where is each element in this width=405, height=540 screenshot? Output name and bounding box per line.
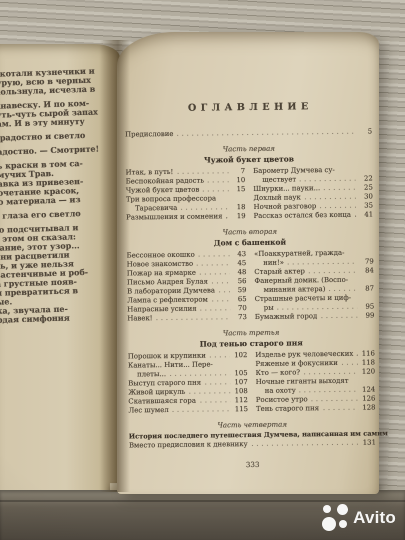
chapter-page-number: 84 <box>361 266 374 275</box>
toc-line: Лес шумел115 <box>128 405 248 415</box>
toc-line: Рассказ остался без конца41 <box>254 210 374 220</box>
chapter-page-number: 10 <box>232 176 245 185</box>
chapter-title: ры <box>255 304 274 313</box>
chapter-page-number: 87 <box>361 284 374 293</box>
chapter-title: на охоту <box>256 386 296 395</box>
chapter-title: Шнурки... пауки... <box>253 184 320 194</box>
toc-line: Ряженые и фокусники118 <box>255 358 375 368</box>
folio-page-number: 333 <box>129 458 376 470</box>
chapter-title: Скатившаяся гора <box>128 397 196 407</box>
toc-column-right: Изделье рук человеческих116Ряженые и фок… <box>255 349 375 413</box>
left-page-text: рекотали кузнечики иБурую, всю в черныхс… <box>0 66 115 325</box>
toc-line: Напрасные усилия70 <box>127 304 247 314</box>
toc-line: Выступ старого пня107 <box>128 378 248 388</box>
dot-leader <box>310 397 359 405</box>
chapter-title: Лес шумел <box>128 406 168 415</box>
toc-title: ОГЛАВЛЕНИЕ <box>125 101 372 115</box>
chapter-title: Ночные гиганты выходят <box>256 377 349 387</box>
chapter-page-number: 30 <box>360 192 373 201</box>
dot-leader <box>198 270 229 277</box>
chapter-title: Размышления и сомнения <box>126 212 222 222</box>
chapter-page-number: 56 <box>233 277 246 286</box>
part-section: Часть третьяПод тенью старого пняПорошок… <box>128 327 376 415</box>
avito-watermark-text: Avito <box>353 508 396 528</box>
part-columns: Итак, в путь!7Беспокойная радость10Чужой… <box>126 166 374 223</box>
table-of-contents: ОГЛАВЛЕНИЕ Предисловие 5 Часть перваяЧуж… <box>125 101 376 471</box>
chapter-page-number: 115 <box>235 405 248 414</box>
part-title: Дом с башенкой <box>126 236 373 248</box>
dot-leader <box>250 441 359 449</box>
part-columns: Бессонное окошко43Новое знакомство45Пожа… <box>127 248 375 323</box>
part-columns: Порошок и крупинки102Канаты... Нити... П… <box>128 349 376 415</box>
chapter-page-number: 99 <box>361 311 374 320</box>
chapter-page-number: 112 <box>235 396 248 405</box>
part-label: Часть первая <box>125 144 372 155</box>
chapter-title: Выступ старого пня <box>128 379 201 389</box>
preface-label: Предисловие <box>125 130 173 140</box>
toc-line: нин!»79 <box>254 257 374 267</box>
toc-line: на охоту124 <box>256 385 376 395</box>
chapter-page-number: 124 <box>362 385 375 394</box>
chapter-page-number: 45 <box>233 259 246 268</box>
chapter-title: Тень старого пня <box>256 404 319 414</box>
chapter-title: Вместо предисловия к дневнику <box>129 440 248 450</box>
chapter-page-number: 65 <box>234 295 247 304</box>
chapter-title: нин!» <box>254 259 284 268</box>
chapter-page-number: 73 <box>234 313 247 322</box>
chapter-title: плеты... <box>128 370 166 379</box>
chapter-page-number: 43 <box>233 250 246 259</box>
left-page: рекотали кузнечики иБурую, всю в черныхс… <box>0 44 120 490</box>
chapter-title: Канаты... Нити... Пере- <box>128 360 213 370</box>
preface-line: Предисловие 5 <box>125 128 372 140</box>
dot-leader <box>198 398 231 405</box>
dot-leader <box>217 288 230 295</box>
chapter-page-number: 70 <box>234 304 247 313</box>
toc-line: Скатившаяся гора112 <box>128 396 248 406</box>
chapter-page-number: 118 <box>362 358 375 367</box>
dot-leader <box>210 279 230 286</box>
chapter-title: Навек! <box>127 314 152 323</box>
dot-leader <box>199 306 230 313</box>
toc-line: Размышления и сомнения19 <box>126 212 246 222</box>
toc-parts: Часть перваяЧужой букет цветовИтак, в пу… <box>125 144 376 451</box>
chapter-title: Бумажный город <box>255 312 317 322</box>
chapter-page-number: 107 <box>234 378 247 387</box>
dot-leader <box>319 314 357 321</box>
dot-leader <box>355 352 358 359</box>
dot-leader <box>206 178 228 185</box>
toc-line: Бумажный город99 <box>255 311 375 321</box>
dot-leader <box>187 389 230 397</box>
chapter-page-number: 126 <box>362 394 375 403</box>
dot-leader <box>298 177 356 185</box>
dot-leader <box>175 130 355 139</box>
dot-leader <box>286 260 357 268</box>
chapter-page-number: 7 <box>232 167 245 176</box>
dot-leader <box>155 315 230 323</box>
dot-leader <box>210 297 230 304</box>
toc-line: Вместо предисловия к дневнику131 <box>129 438 376 450</box>
dot-leader <box>208 353 230 360</box>
listing-photo: рекотали кузнечики иБурую, всю в черныхс… <box>0 0 405 540</box>
chapter-page-number: 22 <box>360 174 373 183</box>
chapter-page-number: 105 <box>234 369 247 378</box>
toc-page: ОГЛАВЛЕНИЕ Предисловие 5 Часть перваяЧуж… <box>117 32 379 494</box>
toc-line: Тень старого пня128 <box>256 403 376 413</box>
chapter-page-number: 18 <box>232 203 245 212</box>
dot-leader <box>353 213 356 220</box>
chapter-page-number: 116 <box>362 349 375 358</box>
chapter-page-number: 120 <box>362 367 375 376</box>
chapter-page-number: 102 <box>234 351 247 360</box>
dot-leader <box>298 388 358 396</box>
part-label: Часть вторая <box>126 226 373 237</box>
dot-leader <box>197 252 230 259</box>
dot-leader <box>340 361 358 368</box>
dot-leader <box>195 261 229 268</box>
chapter-page-number: 15 <box>232 185 245 194</box>
chapter-page-number: 25 <box>360 183 373 192</box>
part-label: Часть третья <box>128 327 375 338</box>
chapter-page-number: 59 <box>234 286 247 295</box>
dot-leader <box>171 407 231 415</box>
toc-line: Навек!73 <box>127 313 247 323</box>
dot-leader <box>203 380 231 387</box>
chapter-page-number: 95 <box>361 302 374 311</box>
chapter-page-number: 19 <box>233 212 246 221</box>
toc-column-left: Порошок и крупинки102Канаты... Нити... П… <box>128 351 248 415</box>
chapter-page-number: 131 <box>363 438 376 447</box>
preface-page-number: 5 <box>359 128 372 137</box>
avito-watermark: Avito <box>322 504 396 531</box>
toc-column-right: «Поаккуратней, гражда-нин!»79Старый акте… <box>254 248 374 321</box>
chapter-page-number: 79 <box>361 257 374 266</box>
dot-leader <box>303 195 356 203</box>
left-page-fragment: рдая симфония <box>0 312 115 325</box>
chapter-page-number: 108 <box>235 387 248 396</box>
part-section: Часть втораяДом с башенкойБессонное окош… <box>126 226 374 323</box>
chapter-title: Напрасные усилия <box>127 305 196 315</box>
toc-column-right: Барометр Думчева су-ществует22Шнурки... … <box>253 166 373 221</box>
dot-leader <box>321 406 358 413</box>
dot-leader <box>224 214 228 221</box>
chapter-title: «Поаккуратней, гражда- <box>254 249 344 259</box>
part-section: Часть четвертаяИстория последнего путеше… <box>129 419 376 450</box>
part-label: Часть четвертая <box>129 419 376 430</box>
toc-column-left: Бессонное окошко43Новое знакомство45Пожа… <box>127 250 247 323</box>
toc-column-left: Итак, в путь!7Беспокойная радость10Чужой… <box>126 167 246 222</box>
toc-line: Шнурки... пауки...25 <box>253 183 373 193</box>
part-section: Часть перваяЧужой букет цветовИтак, в пу… <box>125 144 373 223</box>
avito-logo-icon <box>322 504 349 531</box>
chapter-title: Страшные расчеты и циф- <box>255 294 351 304</box>
chapter-page-number: 35 <box>360 201 373 210</box>
dot-leader <box>322 186 356 193</box>
chapter-title: Рассказ остался без конца <box>254 211 351 221</box>
chapter-page-number: 48 <box>233 268 246 277</box>
chapter-page-number: 41 <box>360 210 373 219</box>
part-title: Чужой букет цветов <box>125 154 372 166</box>
chapter-page-number: 128 <box>362 403 375 412</box>
part-title: Под тенью старого пня <box>128 337 375 349</box>
